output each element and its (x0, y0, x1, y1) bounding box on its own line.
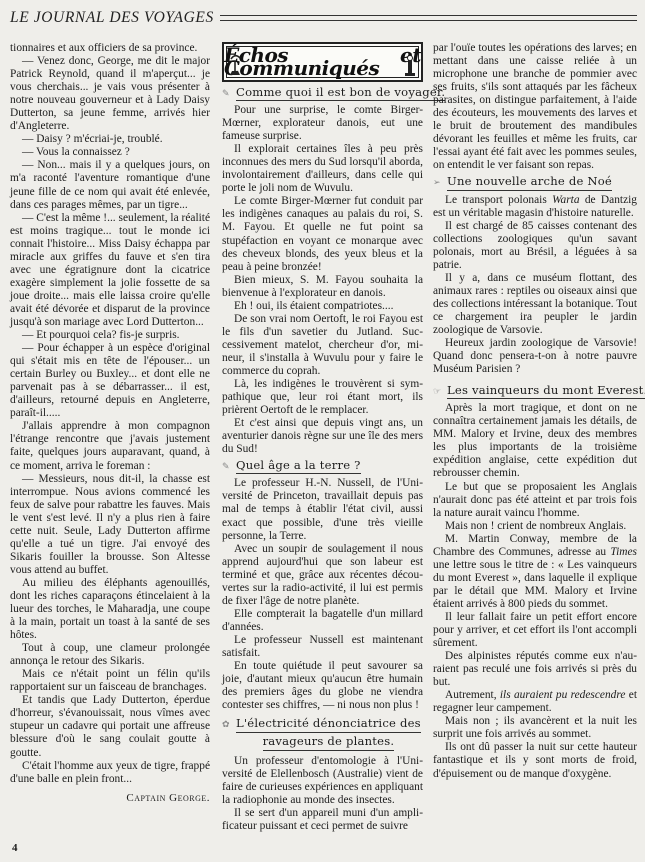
paragraph: Il leur fallait faire un petit effort en… (433, 611, 637, 650)
text: une lettre sous le titre de : « Les vain… (433, 559, 637, 610)
paragraph: — Non... mais il y a quelques jours, on … (10, 159, 210, 211)
author-signature: Captain George. (10, 792, 210, 805)
section-title: Une nouvelle arche de Noé (447, 175, 612, 190)
paragraph: Heureux jardin zoologique de Varsovie! Q… (433, 337, 637, 376)
paragraph: Tout à coup, une clameur prolongée annon… (10, 642, 210, 668)
paragraph: Pour une surprise, le comte Birger-Mœrne… (222, 104, 423, 143)
paragraph: Le but que se proposaient les Anglais n'… (433, 481, 637, 520)
paragraph: — Venez donc, George, me dit le major Pa… (10, 55, 210, 133)
hand-icon: ☞ (433, 385, 447, 398)
paragraph: Avec un soupir de soulagement il nous ap… (222, 543, 423, 608)
quill-icon: ✎ (222, 460, 236, 473)
echos-banner: Échos et Communiqués (222, 42, 423, 82)
banner-title: Échos et Communiqués (224, 49, 421, 75)
paragraph: Et tandis que Lady Dutterton, éperdue d'… (10, 694, 210, 759)
text: Autrement, (445, 689, 500, 701)
section-title: L'électricité dénonciatrice des ravageur… (236, 715, 421, 752)
paragraph: Mais non ; ils avancèrent et la nuit les… (433, 715, 637, 741)
paragraph: par l'ouïe toutes les opérations des lar… (433, 42, 637, 172)
quill-icon: ✎ (222, 87, 236, 100)
paragraph: Eh ! oui, ils étaient compatriotes.... (222, 300, 423, 313)
emphasis: ils auraient pu redescendre (500, 689, 626, 701)
paragraph: C'était l'homme aux yeux de tigre, frapp… (10, 760, 210, 786)
paragraph: Autrement, ils auraient pu redescendre e… (433, 689, 637, 715)
paragraph: Il explorait certaines îles à peu près i… (222, 143, 423, 195)
paragraph: Ils ont dû passer la nuit sur cette hau­… (433, 741, 637, 780)
paragraph: Là, les indigènes le trouvèrent si sym­p… (222, 378, 423, 417)
section-header: ✎ Comme quoi il est bon de voyager. (222, 86, 423, 101)
section-header: ☞ Les vainqueurs du mont Everest. (433, 384, 637, 399)
paragraph: Le professeur Nussell est maintenant sat… (222, 634, 423, 660)
column-3-echos-continued: par l'ouïe toutes les opérations des lar… (433, 42, 637, 781)
paragraph: Des alpinistes réputés comme eux n'au­ra… (433, 650, 637, 689)
paragraph: Le comte Birger-Mœrner fut conduit par l… (222, 195, 423, 273)
column-1-story-conclusion: tionnaires et aux officiers de sa provin… (10, 42, 210, 805)
paragraph: Au milieu des éléphants agenouillés, don… (10, 577, 210, 642)
paragraph: — Messieurs, nous dit-il, la chasse est … (10, 473, 210, 577)
column-2-echos: Échos et Communiqués ✎ Comme quoi il est… (222, 42, 423, 833)
paragraph: tionnaires et aux officiers de sa provin… (10, 42, 210, 55)
paragraph: En toute quiétude il peut savourer sa jo… (222, 660, 423, 712)
paragraph: — Vous la connaissez ? (10, 146, 210, 159)
ship-name: Warta (552, 194, 579, 206)
paragraph: Il se sert d'un appareil muni d'un ampli… (222, 807, 423, 833)
journal-title: LE JOURNAL DES VOYAGES (10, 9, 214, 27)
section-title: Quel âge a la terre ? (236, 459, 361, 474)
page-number: 4 (12, 842, 18, 854)
paragraph: De son vrai nom Oertoft, le roi Fayou es… (222, 313, 423, 378)
arrow-icon: ➢ (433, 176, 447, 189)
paragraph: M. Martin Conway, membre de la Chambre d… (433, 533, 637, 611)
telegraph-icon (228, 53, 242, 77)
paragraph: — Et pourquoi cela? fis-je surpris. (10, 329, 210, 342)
section-title: Comme quoi il est bon de voyager. (236, 86, 445, 101)
text: M. Martin Conway, membre de la Chambre d… (433, 533, 637, 558)
paragraph: Mais non ! crient de nombreux Anglais. (433, 520, 637, 533)
paragraph: Elle compterait la bagatelle d'un mil­la… (222, 608, 423, 634)
section-title-line-2: ravageurs de plantes. (263, 733, 395, 751)
section-header: ➢ Une nouvelle arche de Noé (433, 175, 637, 190)
section-title-line-1: L'électricité dénonciatrice des (236, 715, 421, 733)
masthead-double-rule (220, 15, 637, 21)
paragraph: Mais ce n'était point un félin qu'ils ra… (10, 668, 210, 694)
paragraph: Bien mieux, S. M. Fayou souhaita la bien… (222, 274, 423, 300)
newspaper-name: Times (610, 546, 637, 558)
paragraph: Et c'est ainsi que depuis vingt ans, un … (222, 417, 423, 456)
masthead: LE JOURNAL DES VOYAGES (10, 8, 637, 28)
section-title: Les vainqueurs du mont Everest. (447, 384, 645, 399)
paragraph: — C'est la même !... seulement, la réali… (10, 212, 210, 329)
paragraph: — Pour échapper à un espèce d'ori­ginal … (10, 342, 210, 420)
telephone-icon (403, 53, 417, 77)
paragraph: Le transport polonais Warta de Dantzig e… (433, 194, 637, 220)
section-header: ✿ L'électricité dénonciatrice des ravage… (222, 715, 423, 752)
paragraph: Il est chargé de 85 caisses contenant de… (433, 220, 637, 272)
paragraph: Le professeur H.-N. Nussell, de l'Uni­ve… (222, 477, 423, 542)
section-header: ✎ Quel âge a la terre ? (222, 459, 423, 474)
paragraph: Après la mort tragique, et dont on ne co… (433, 402, 637, 480)
paragraph: — Daisy ? m'écriai-je, troublé. (10, 133, 210, 146)
flower-icon: ✿ (222, 718, 236, 731)
paragraph: J'allais apprendre à mon compagnon l'étr… (10, 420, 210, 472)
paragraph: Un professeur d'entomologie à l'Uni­vers… (222, 755, 423, 807)
paragraph: Il y a, dans ce muséum flottant, des ani… (433, 272, 637, 337)
text: Le transport polonais (445, 194, 552, 206)
